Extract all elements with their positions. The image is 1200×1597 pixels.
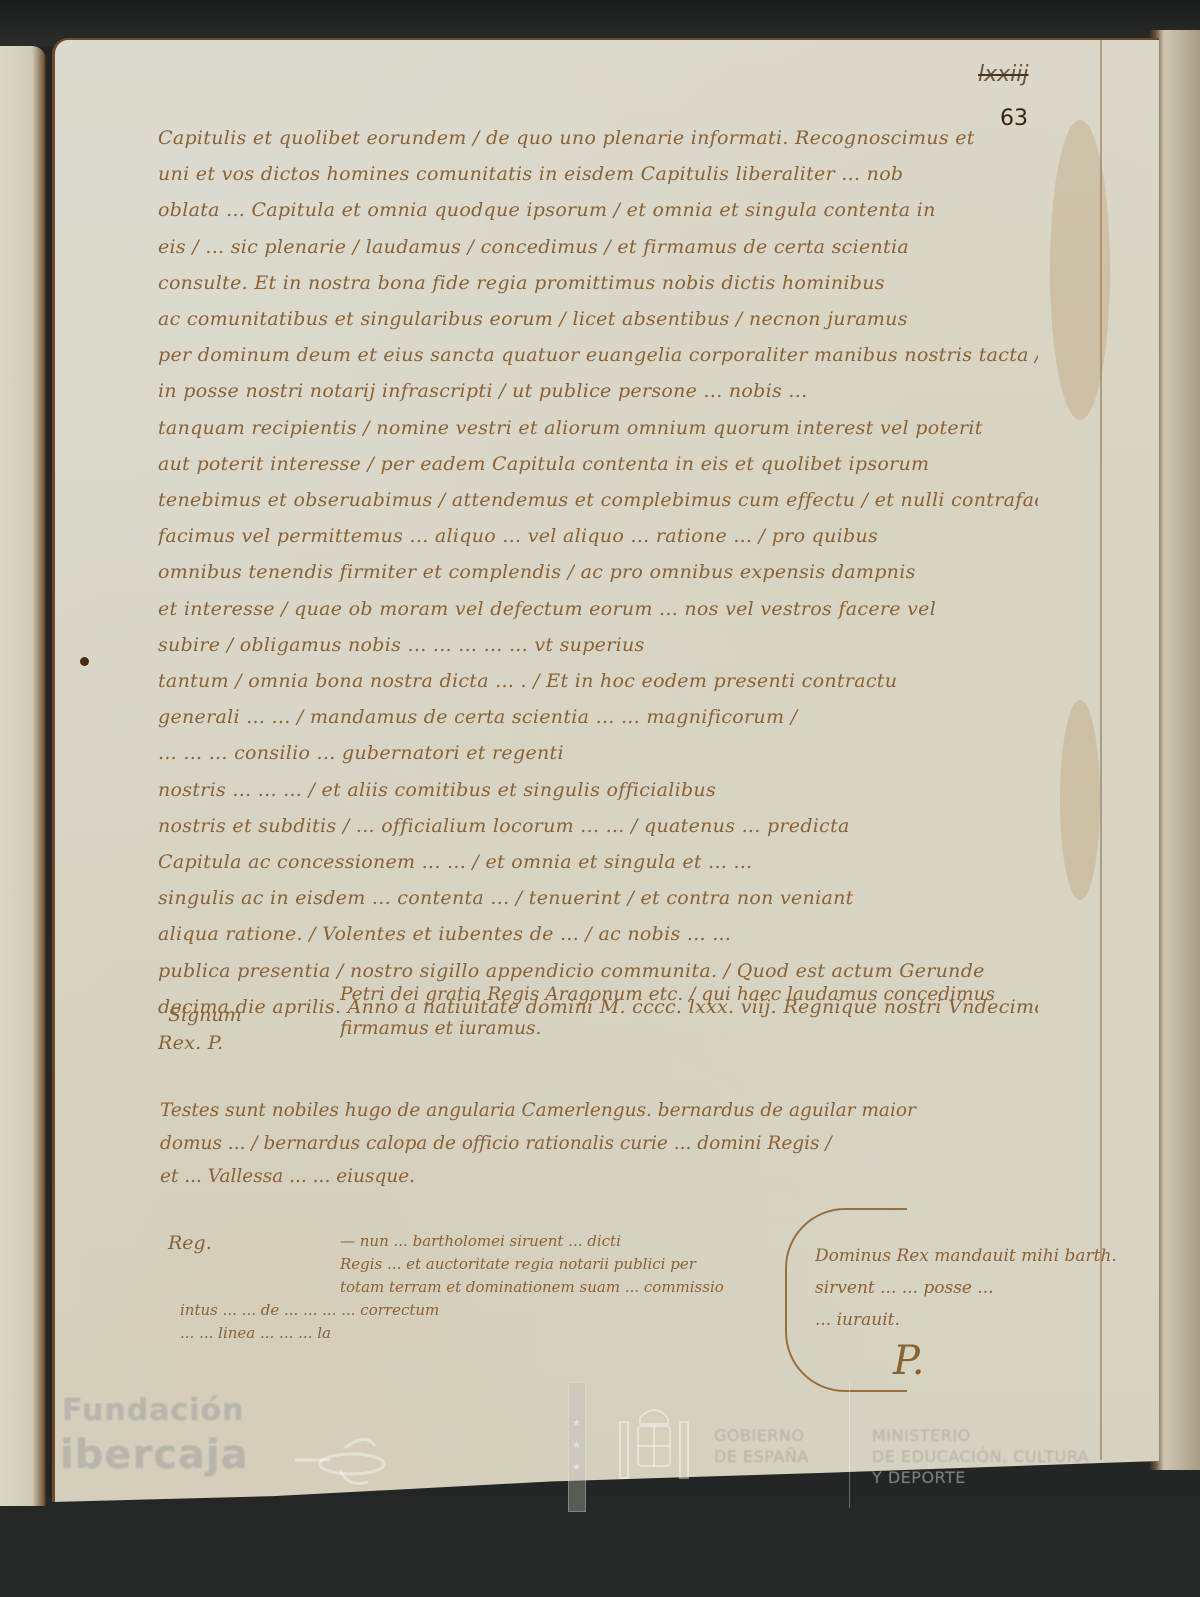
text-line: nostris ... ... ... / et aliis comitibus…	[158, 772, 1038, 808]
witnesses-line: Testes sunt nobiles hugo de angularia Ca…	[160, 1094, 1040, 1127]
text-line: Capitulis et quolibet eorundem / de quo …	[158, 120, 1038, 156]
margin-note-line: sirvent ... ... posse ...	[815, 1272, 1117, 1304]
signum-line: firmamus et iuramus.	[340, 1012, 1020, 1046]
registration-line: totam terram et dominationem suam ... co…	[180, 1276, 760, 1299]
text-line: nostris et subditis / ... officialium lo…	[158, 808, 1038, 844]
ink-blot	[80, 657, 89, 666]
text-line: ... ... ... consilio ... gubernatori et …	[158, 735, 1038, 771]
margin-note-line: ... iurauit.	[815, 1304, 1117, 1336]
star-icon: ★	[572, 1418, 581, 1429]
text-line: subire / obligamus nobis ... ... ... ...…	[158, 627, 1038, 663]
margin-note: Dominus Rex mandauit mihi barth. sirvent…	[785, 1188, 1085, 1398]
watermark-fundacion: Fundación	[62, 1393, 244, 1428]
margin-note-line: Dominus Rex mandauit mihi barth.	[815, 1240, 1117, 1272]
paper-stain	[1060, 700, 1100, 900]
left-page-edge	[0, 46, 46, 1506]
text-line: generali ... ... / mandamus de certa sci…	[158, 699, 1038, 735]
watermark-government: GOBIERNO DE ESPAÑA	[714, 1425, 809, 1467]
text-line: per dominum deum et eius sancta quatuor …	[158, 337, 1038, 373]
witnesses-text: Testes sunt nobiles hugo de angularia Ca…	[160, 1094, 1040, 1193]
ministry-line: DE EDUCACIÓN, CULTURA	[872, 1446, 1089, 1467]
text-line: tantum / omnia bona nostra dicta ... . /…	[158, 663, 1038, 699]
registration-line: — nun ... bartholomei siruent ... dicti	[180, 1230, 760, 1253]
spain-coat-of-arms-icon	[612, 1398, 696, 1486]
ministry-line: Y DEPORTE	[872, 1467, 1089, 1488]
registration-line: intus ... ... de ... ... ... ... correct…	[180, 1299, 760, 1322]
book-cover-bottom	[0, 1497, 1200, 1597]
margin-note-text: Dominus Rex mandauit mihi barth. sirvent…	[815, 1240, 1117, 1336]
star-icon: ★	[572, 1440, 581, 1451]
text-line: in posse nostri notarij infrascripti / u…	[158, 373, 1038, 409]
struck-folio-number: lxxiij	[978, 62, 1029, 87]
ibercaja-logo-icon	[290, 1430, 390, 1490]
text-line: facimus vel permittemus ... aliquo ... v…	[158, 518, 1038, 554]
watermark-ibercaja: ibercaja	[60, 1432, 249, 1478]
text-line: oblata ... Capitula et omnia quodque ips…	[158, 192, 1038, 228]
text-line: omnibus tenendis firmiter et complendis …	[158, 554, 1038, 590]
text-line: consulte. Et in nostra bona fide regia p…	[158, 265, 1038, 301]
watermark-ministry: MINISTERIO DE EDUCACIÓN, CULTURA Y DEPOR…	[872, 1425, 1089, 1488]
signum-line: Petri dei gratia Regis Aragonum etc. / q…	[340, 978, 1020, 1012]
text-line: ac comunitatibus et singularibus eorum /…	[158, 301, 1038, 337]
text-line: et interesse / quae ob moram vel defectu…	[158, 591, 1038, 627]
registration-text: — nun ... bartholomei siruent ... dicti …	[180, 1230, 760, 1345]
registration-line: ... ... linea ... ... ... la	[180, 1322, 760, 1345]
watermark-divider	[849, 1382, 850, 1508]
paper-stain	[1050, 120, 1110, 420]
registration-line: Regis ... et auctoritate regia notarii p…	[180, 1253, 760, 1276]
text-line: tanquam recipientis / nomine vestri et a…	[158, 410, 1038, 446]
signum-label: Signum	[168, 1004, 242, 1026]
government-line: DE ESPAÑA	[714, 1446, 809, 1467]
signum-text: Petri dei gratia Regis Aragonum etc. / q…	[340, 978, 1020, 1046]
text-line: aut poterit interesse / per eadem Capitu…	[158, 446, 1038, 482]
text-line: tenebimus et obseruabimus / attendemus e…	[158, 482, 1038, 518]
text-line: singulis ac in eisdem ... contenta ... /…	[158, 880, 1038, 916]
text-line: Capitula ac concessionem ... ... / et om…	[158, 844, 1038, 880]
ministry-line: MINISTERIO	[872, 1425, 1089, 1446]
manuscript-body-text: Capitulis et quolibet eorundem / de quo …	[158, 120, 1038, 1061]
star-icon: ★	[572, 1462, 581, 1473]
text-line: uni et vos dictos homines comunitatis in…	[158, 156, 1038, 192]
witnesses-line: domus ... / bernardus calopa de officio …	[160, 1127, 1040, 1160]
government-line: GOBIERNO	[714, 1425, 809, 1446]
text-line: eis / ... sic plenarie / laudamus / conc…	[158, 229, 1038, 265]
paraph-mark: P.	[893, 1338, 925, 1384]
text-line: aliqua ratione. / Volentes et iubentes d…	[158, 916, 1038, 952]
